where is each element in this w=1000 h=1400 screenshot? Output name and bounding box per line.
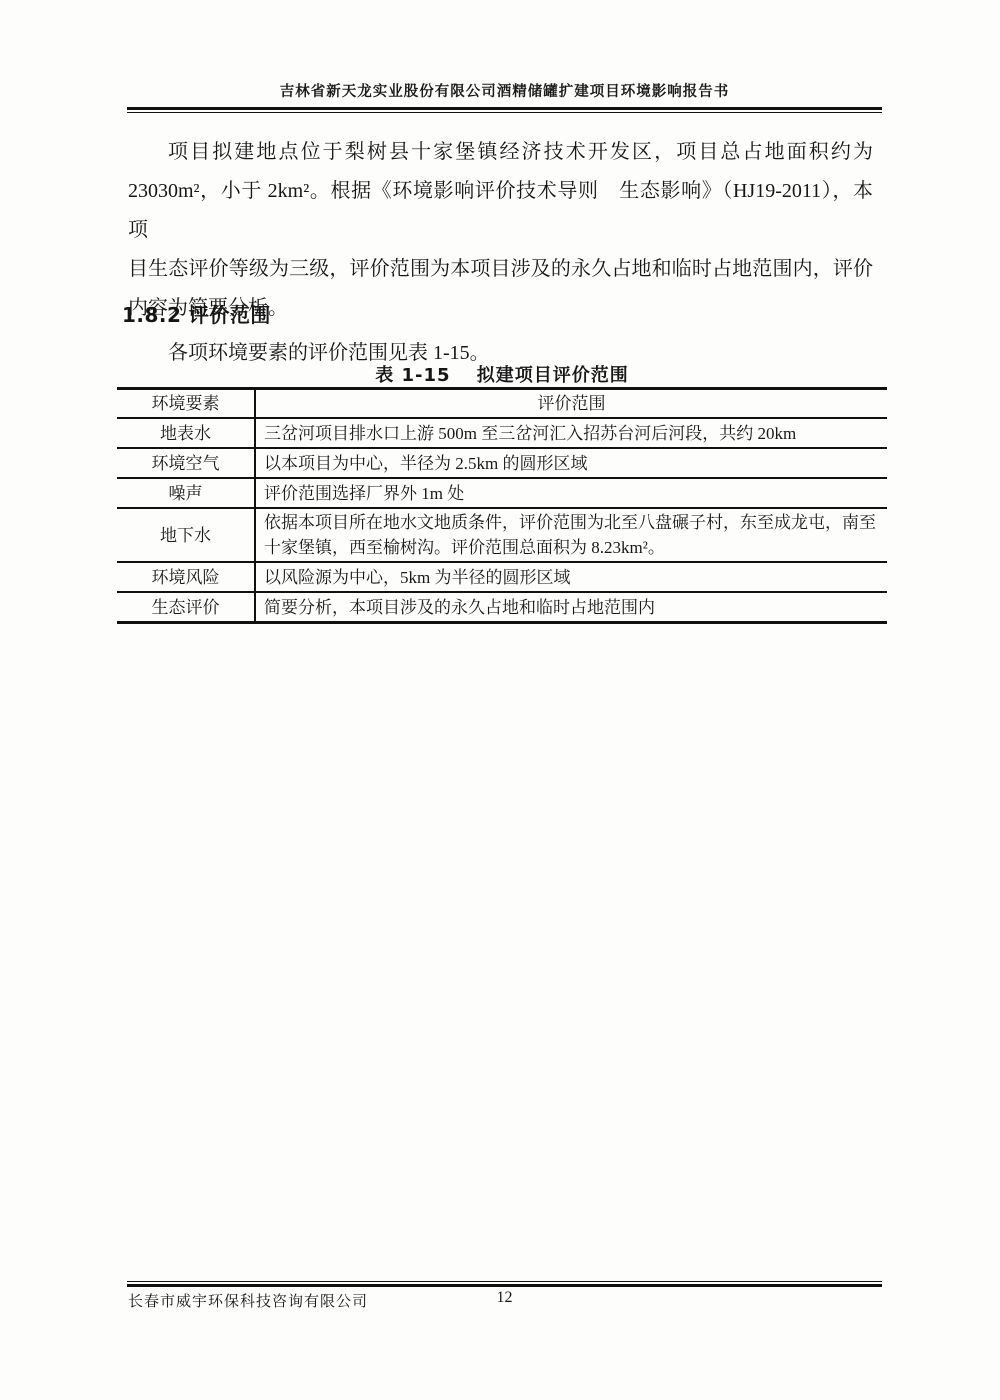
header-cell-factor: 环境要素: [117, 389, 255, 419]
table-caption-text: 表 1-15 拟建项目评价范围: [375, 361, 629, 390]
document-page: 吉林省新天龙实业股份有限公司酒精储罐扩建项目环境影响报告书 项目拟建地点位于梨树…: [0, 0, 1000, 1400]
table-row: 地下水 依据本项目所在地水文地质条件，评价范围为北至八盘碾子村，东至成龙屯，南至…: [117, 508, 887, 562]
factor-cell: 环境风险: [117, 562, 255, 592]
footer-company-name: 长春市威宇环保科技咨询有限公司: [128, 1290, 368, 1311]
paragraph-line: 目生态评价等级为三级，评价范围为本项目涉及的永久占地和临时占地范围内，评价: [128, 250, 873, 289]
paragraph-line: 23030m²，小于 2km²。根据《环境影响评价技术导则 生态影响》（HJ19…: [128, 172, 873, 250]
header-divider-thin: [127, 112, 882, 113]
table-row: 地表水 三岔河项目排水口上游 500m 至三岔河汇入招苏台河后河段，共约 20k…: [117, 418, 887, 448]
section-heading: 1.8.2 评价范围: [122, 299, 271, 328]
scope-cell: 以风险源为中心，5km 为半径的圆形区域: [255, 562, 887, 592]
header-divider-thick: [127, 107, 882, 110]
scope-cell: 以本项目为中心，半径为 2.5km 的圆形区域: [255, 448, 887, 478]
factor-cell: 生态评价: [117, 592, 255, 623]
factor-cell: 地下水: [117, 508, 255, 562]
table-row: 噪声 评价范围选择厂界外 1m 处: [117, 478, 887, 508]
paragraph-line: 项目拟建地点位于梨树县十家堡镇经济技术开发区，项目总占地面积约为: [128, 133, 873, 172]
factor-cell: 地表水: [117, 418, 255, 448]
header-cell-scope: 评价范围: [255, 389, 887, 419]
factor-cell: 噪声: [117, 478, 255, 508]
table-row: 环境风险 以风险源为中心，5km 为半径的圆形区域: [117, 562, 887, 592]
footer-divider-thin: [127, 1281, 882, 1282]
factor-cell: 环境空气: [117, 448, 255, 478]
page-header-title: 吉林省新天龙实业股份有限公司酒精储罐扩建项目环境影响报告书: [127, 80, 882, 101]
scope-cell: 三岔河项目排水口上游 500m 至三岔河汇入招苏台河后河段，共约 20km: [255, 418, 887, 448]
table-row: 环境空气 以本项目为中心，半径为 2.5km 的圆形区域: [117, 448, 887, 478]
table-row: 生态评价 简要分析，本项目涉及的永久占地和临时占地范围内: [117, 592, 887, 623]
table-caption: 表 1-15 拟建项目评价范围: [117, 361, 887, 390]
table-header-row: 环境要素 评价范围: [117, 389, 887, 419]
footer-divider-thick: [127, 1284, 882, 1287]
scope-cell: 简要分析，本项目涉及的永久占地和临时占地范围内: [255, 592, 887, 623]
scope-table: 环境要素 评价范围 地表水 三岔河项目排水口上游 500m 至三岔河汇入招苏台河…: [117, 387, 887, 624]
scope-cell: 评价范围选择厂界外 1m 处: [255, 478, 887, 508]
scope-cell: 依据本项目所在地水文地质条件，评价范围为北至八盘碾子村，东至成龙屯，南至十家堡镇…: [255, 508, 887, 562]
